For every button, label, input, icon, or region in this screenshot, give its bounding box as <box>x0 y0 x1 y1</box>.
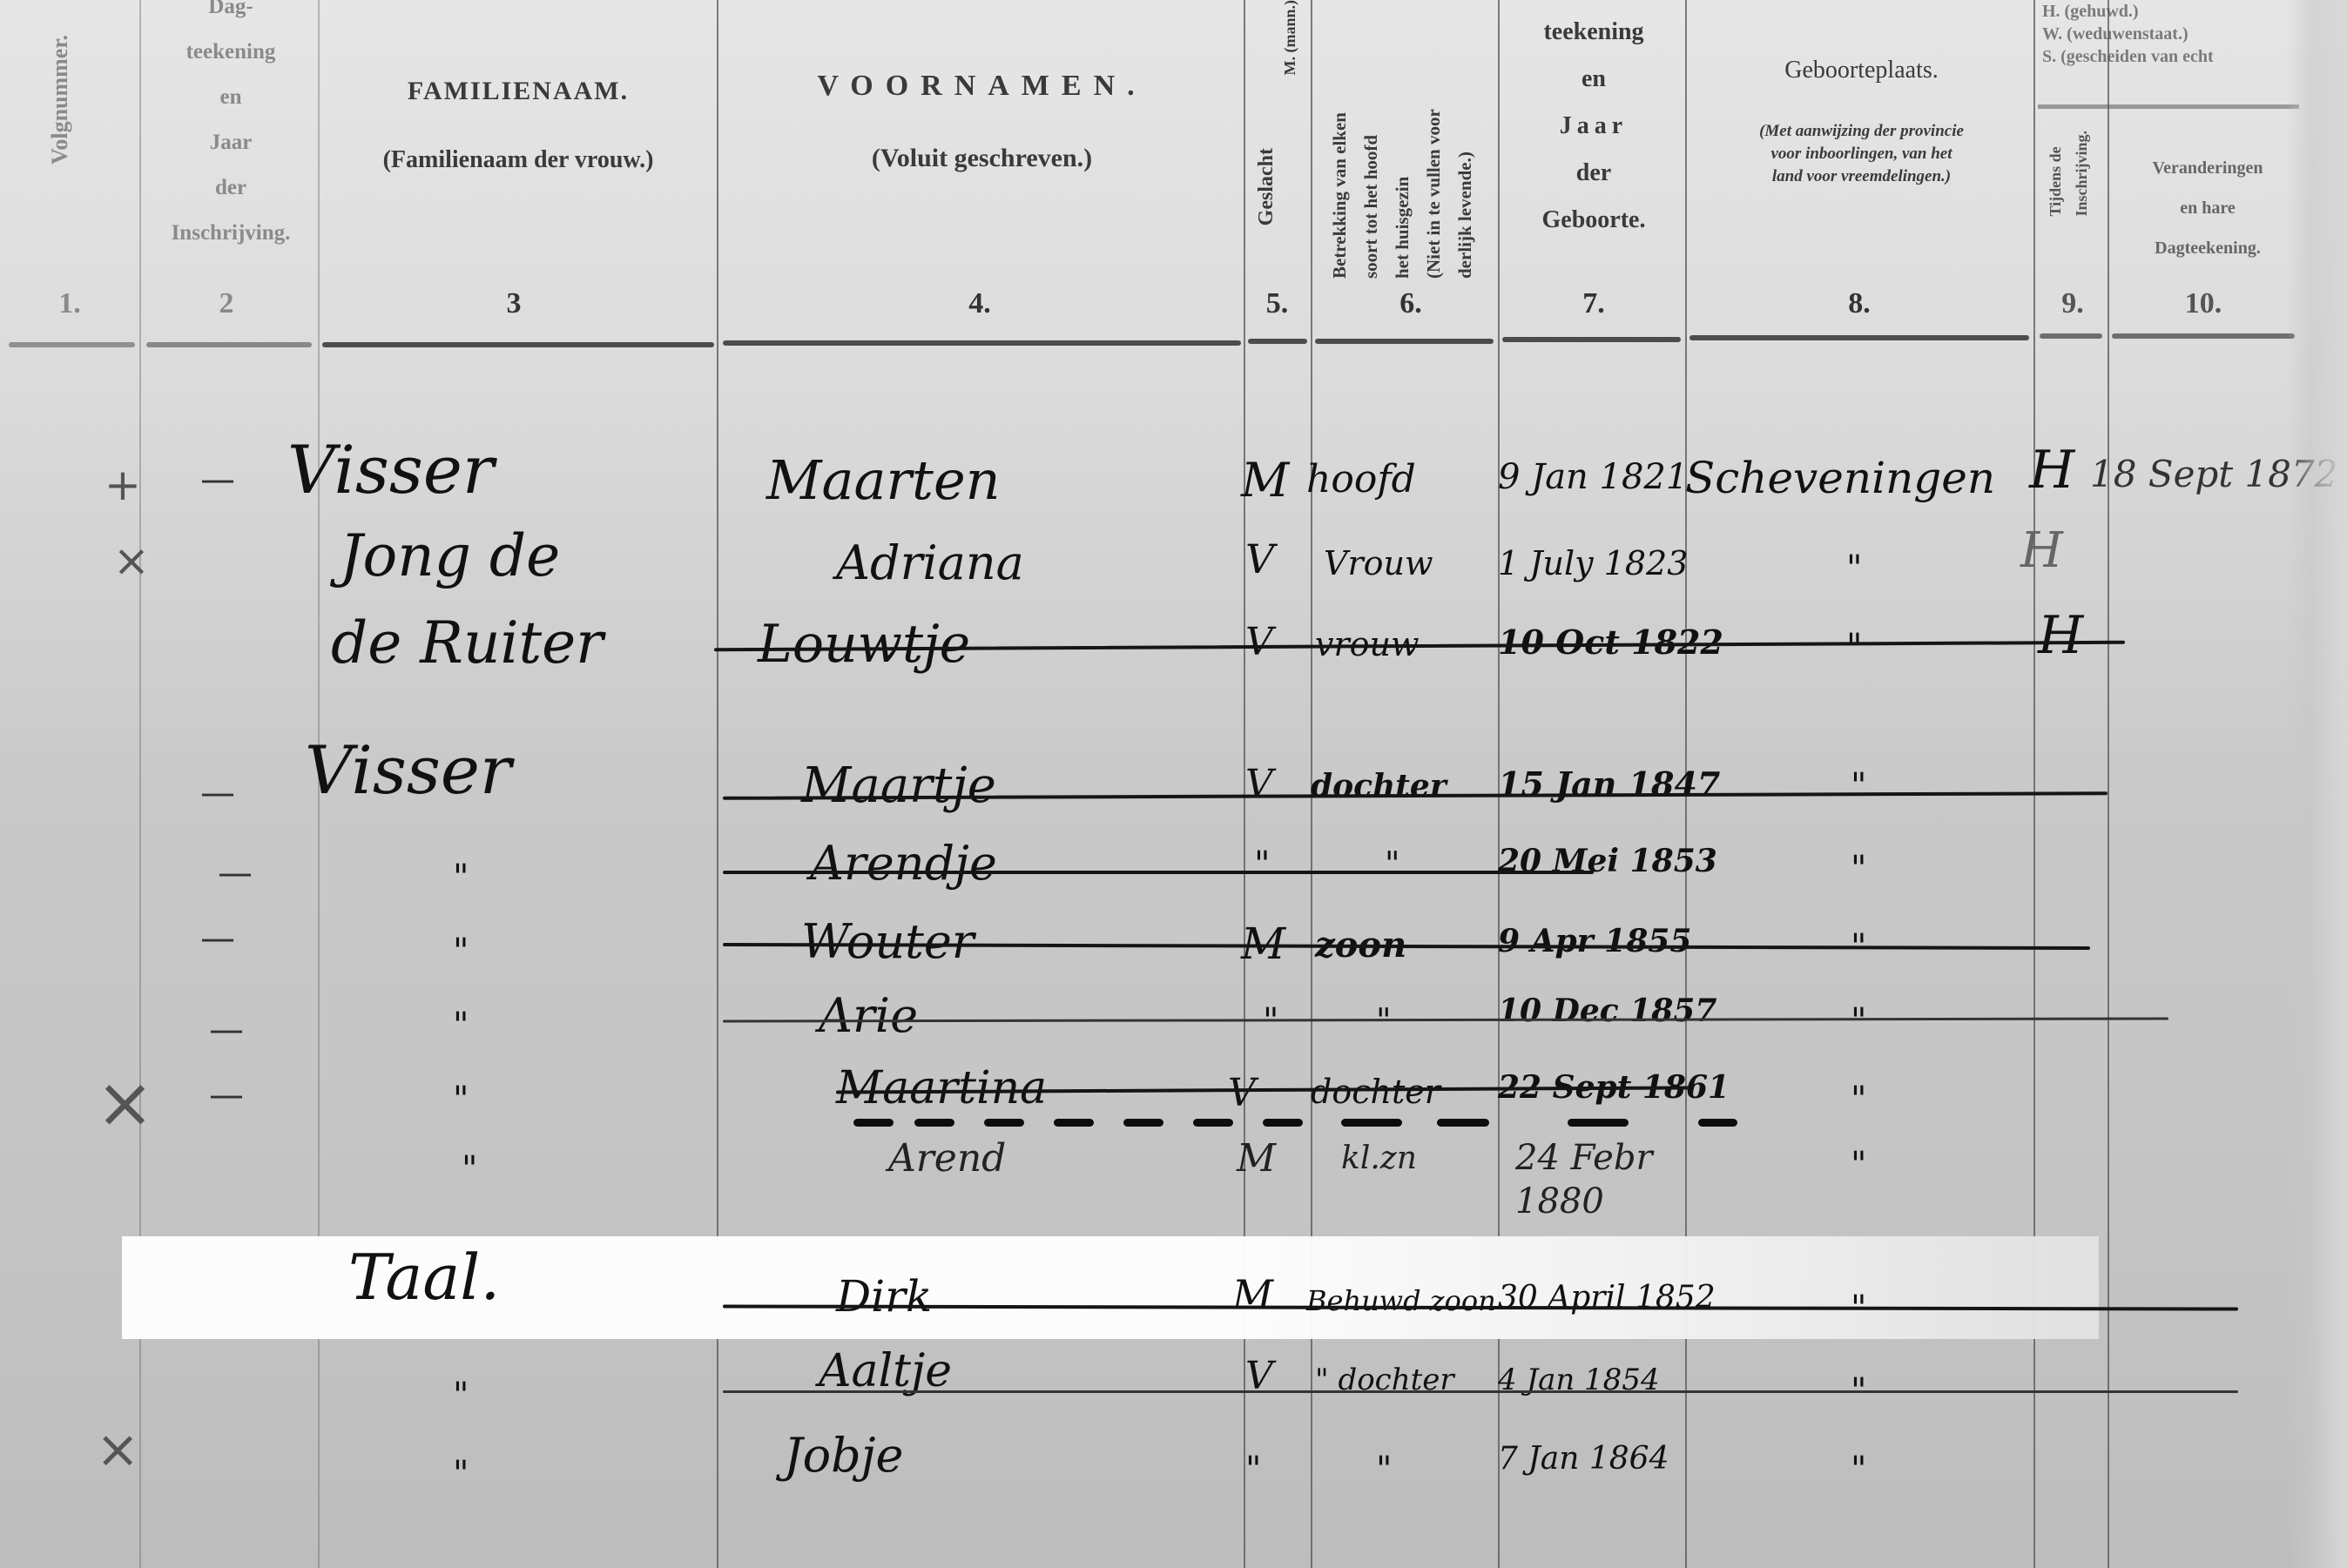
entry-mark: + <box>105 460 141 510</box>
header-rule <box>1689 335 2029 340</box>
header-rule <box>1502 337 1681 342</box>
entry-familienaam: Visser <box>287 431 494 508</box>
column-number: 5. <box>1244 287 1311 320</box>
entry-familienaam: " <box>453 932 469 972</box>
entry-betrekking: dochter <box>1311 1073 1440 1111</box>
dashed-separator <box>1193 1119 1233 1127</box>
entry-geslacht: " <box>1254 845 1270 885</box>
strikethrough-line <box>723 1390 2238 1393</box>
entry-geboorteplaats: " <box>1851 1145 1866 1185</box>
dashed-separator <box>853 1119 894 1127</box>
entry-familienaam: " <box>453 1080 469 1120</box>
entry-mark: × <box>96 1419 139 1480</box>
column-number: 7. <box>1550 287 1637 320</box>
column-divider <box>2108 0 2109 1568</box>
entry-voornamen: Arendje <box>810 836 997 891</box>
entry-geslacht: V <box>1245 620 1273 664</box>
entry-voornamen: Arie <box>819 988 918 1043</box>
legend-gescheiden: S. (gescheiden van echt <box>2042 45 2214 68</box>
header-rule <box>723 340 1241 346</box>
header-geslacht: Geslacht <box>1254 148 1278 225</box>
entry-betrekking: Vrouw <box>1324 544 1433 582</box>
entry-geboorteplaats: " <box>1851 849 1866 889</box>
entry-familienaam: Visser <box>305 731 511 809</box>
column-number: 2 <box>183 287 270 320</box>
entry-mark: × <box>113 535 150 586</box>
entry-familienaam: Jong de <box>340 522 560 589</box>
header-rule <box>1315 339 1494 344</box>
entry-betrekking: hoofd <box>1306 457 1416 501</box>
entry-geboorteplaats: " <box>1846 627 1862 667</box>
entry-geboorte: 15 Jan 1847 <box>1498 764 1720 804</box>
entry-voornamen: Dirk <box>836 1271 932 1322</box>
column-number: 3 <box>470 287 557 320</box>
entry-dash: — <box>200 460 235 500</box>
entry-voornamen: Wouter <box>801 914 975 969</box>
entry-geslacht: V <box>1245 535 1274 582</box>
entry-betrekking: Behuwd zoon <box>1306 1284 1496 1317</box>
entry-geslacht: " <box>1245 1450 1261 1490</box>
header-familienaam: FAMILIENAAM. <box>322 77 714 106</box>
entry-geboorteplaats: " <box>1851 1001 1866 1041</box>
dashed-separator <box>1568 1119 1629 1127</box>
header-rule <box>1248 339 1307 344</box>
strikethrough-line <box>723 1018 2168 1023</box>
header-rule <box>2040 333 2102 339</box>
entry-staat: H <box>2038 605 2083 666</box>
entry-familienaam: de Ruiter <box>331 609 604 676</box>
dashed-separator <box>914 1119 954 1127</box>
entry-dash: — <box>218 853 253 893</box>
header-rule <box>9 342 135 347</box>
entry-familienaam: " <box>453 1376 469 1416</box>
entry-voornamen: Louwtje <box>758 614 970 675</box>
column-number: 9. <box>2042 287 2103 320</box>
entry-familienaam: " <box>453 1454 469 1494</box>
column-number: 8. <box>1816 287 1903 320</box>
header-geslacht-sub: M. (mann.) <box>1280 0 1299 76</box>
entry-dash: — <box>209 1075 244 1115</box>
entry-voornamen: Aaltje <box>819 1345 952 1397</box>
entry-mark: × <box>96 1062 154 1143</box>
entry-geboorte: 30 April 1852 <box>1498 1280 1716 1316</box>
header-rule <box>2112 333 2295 339</box>
entry-geboorteplaats: " <box>1851 1450 1866 1490</box>
entry-staat: H <box>2020 522 2063 579</box>
strikethrough-line <box>723 871 1594 874</box>
entry-geboorteplaats: " <box>1851 1080 1866 1120</box>
entry-familienaam: " <box>462 1149 477 1189</box>
entry-geslacht: M <box>1237 1136 1276 1181</box>
entry-dash: — <box>200 919 235 959</box>
header-familienaam-sub: (Familienaam der vrouw.) <box>322 146 714 174</box>
header-betrekking: Betrekking van elken soort tot het hoofd… <box>1324 0 1480 279</box>
entry-voornamen: Maartje <box>801 757 996 814</box>
header-voornamen-sub: (Voluit geschreven.) <box>723 144 1241 173</box>
header-geboorteplaats: Geboorteplaats. <box>1689 57 2033 84</box>
entry-dash: — <box>200 773 235 813</box>
entry-geslacht: M <box>1232 1271 1273 1318</box>
entry-geboorte: 10 Dec 1857 <box>1498 993 1716 1029</box>
header-rule <box>146 342 312 347</box>
header-geboorte: teekening en Jaar der Geboorte. <box>1502 9 1685 244</box>
entry-voornamen: Maartina <box>836 1062 1047 1114</box>
entry-geslacht: V <box>1228 1071 1256 1115</box>
entry-voornamen: Jobje <box>784 1428 903 1483</box>
dashed-separator <box>984 1119 1024 1127</box>
entry-voornamen: Adriana <box>836 535 1024 590</box>
column-number: 6. <box>1367 287 1454 320</box>
column-number: 10. <box>2160 287 2247 320</box>
civil-status-legend: H. (gehuwd.) W. (weduwenstaat.) S. (gesc… <box>2042 0 2214 68</box>
dashed-separator <box>1263 1119 1303 1127</box>
entry-betrekking: " <box>1376 1450 1392 1490</box>
dashed-separator <box>1698 1119 1737 1127</box>
header-volgnummer: Volgnummer. <box>48 35 72 165</box>
column-number: 4. <box>936 287 1023 320</box>
legend-weduwenstaat: W. (weduwenstaat.) <box>2042 23 2214 45</box>
entry-geslacht: M <box>1241 453 1289 508</box>
legend-gehuwd: H. (gehuwd.) <box>2042 0 2214 23</box>
dashed-separator <box>1054 1119 1094 1127</box>
entry-betrekking: kl.zn <box>1341 1141 1417 1176</box>
dashed-separator <box>1437 1119 1489 1127</box>
entry-geboorteplaats: Scheveningen <box>1685 453 1995 503</box>
header-veranderingen: Veranderingen en hare Dagteekening. <box>2112 148 2303 268</box>
entry-staat: H <box>2029 440 2074 501</box>
entry-geboorteplaats: " <box>1846 548 1862 589</box>
entry-familienaam: Taal. <box>348 1241 500 1314</box>
entry-geboorte: 7 Jan 1864 <box>1498 1441 1669 1477</box>
entry-geslacht: V <box>1245 762 1273 806</box>
entry-voornamen: Maarten <box>766 448 1001 512</box>
dashed-separator <box>1123 1119 1163 1127</box>
header-rule <box>322 342 714 347</box>
entry-voornamen: Arend <box>888 1136 1006 1181</box>
entry-geboorte: 24 Febr 1880 <box>1515 1136 1681 1223</box>
header-inschrijving: Dag- teekening en Jaar der Inschrijving. <box>144 0 318 256</box>
entry-dash: — <box>209 1010 244 1050</box>
entry-betrekking: " <box>1385 845 1399 883</box>
header-tijdens-inschrijving: Tijdens de Inschrijving. <box>2042 131 2094 217</box>
register-page: H. (gehuwd.) W. (weduwenstaat.) S. (gesc… <box>0 0 2347 1568</box>
header-geboorteplaats-sub: (Met aanwijzing der provincie voor inboo… <box>1689 120 2033 188</box>
entry-geboorteplaats: " <box>1851 766 1866 806</box>
page-edge <box>2286 0 2347 1568</box>
dashed-separator <box>1341 1119 1402 1127</box>
entry-geboorte: 1 July 1823 <box>1498 544 1688 582</box>
entry-familienaam: " <box>453 1006 469 1046</box>
entry-geboorte: 9 Apr 1855 <box>1498 923 1691 959</box>
entry-geboorte: 9 Jan 1821 <box>1498 457 1688 497</box>
legend-divider <box>2038 104 2299 109</box>
column-number: 1. <box>35 287 105 320</box>
entry-familienaam: " <box>453 858 469 898</box>
header-voornamen: VOORNAMEN. <box>723 70 1241 103</box>
entry-betrekking: dochter <box>1311 768 1447 804</box>
